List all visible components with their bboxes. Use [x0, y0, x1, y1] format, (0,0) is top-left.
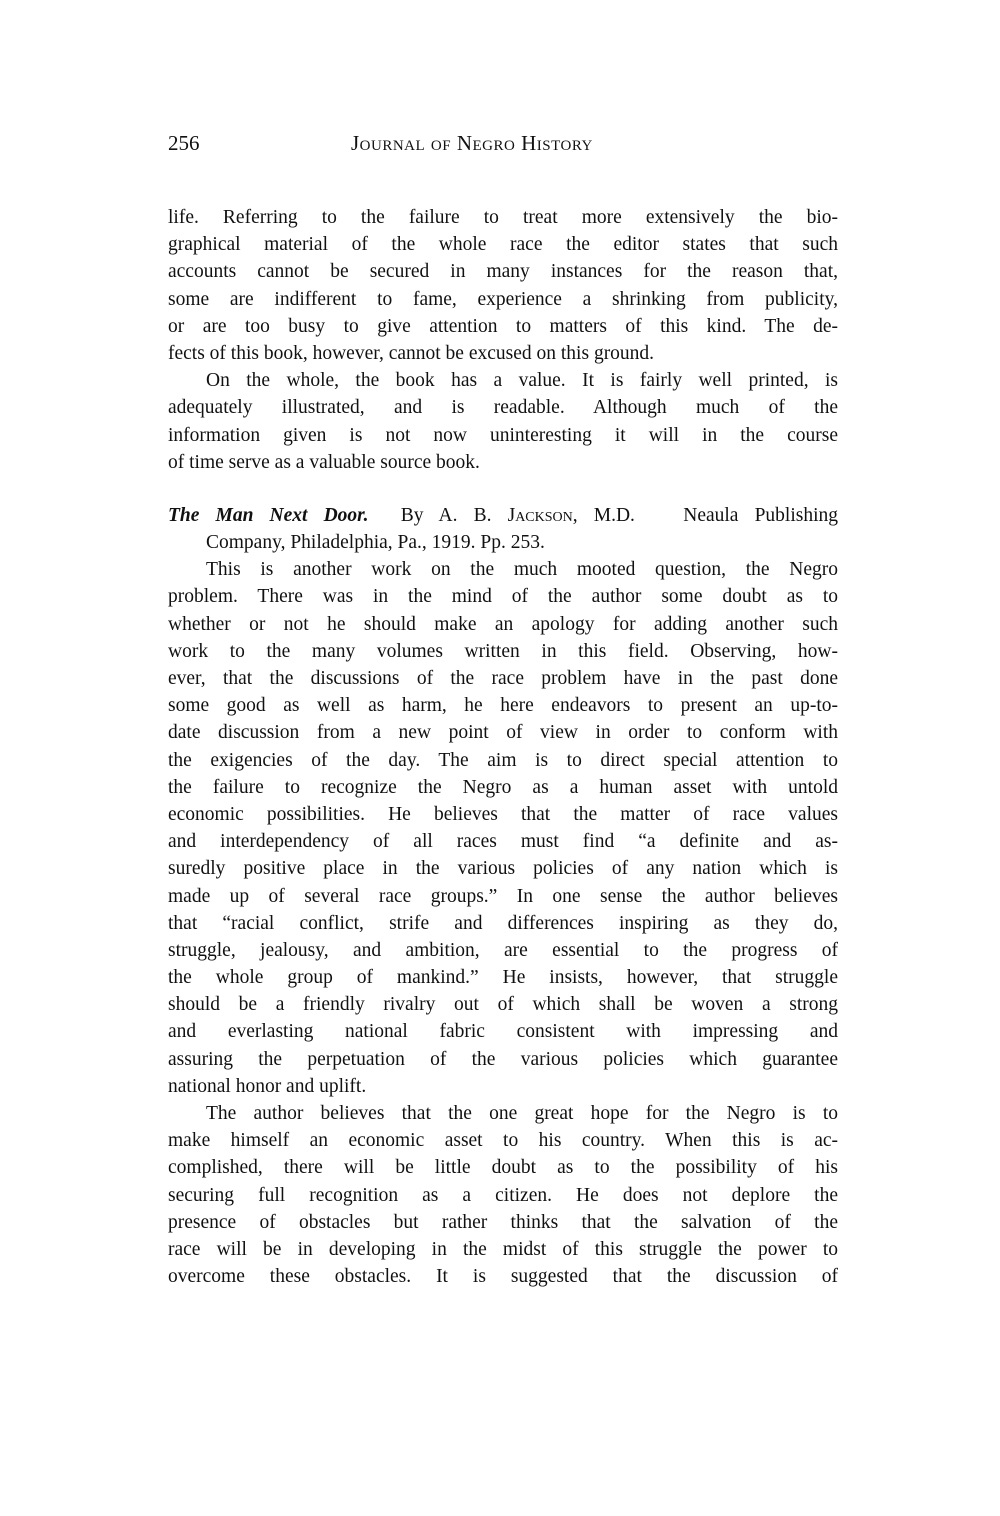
text-line: complished, there will be little doubt a… — [168, 1154, 838, 1181]
text-line: On the whole, the book has a value. It i… — [168, 367, 838, 394]
text-line: information given is not now uninteresti… — [168, 422, 838, 449]
text-line: The author believes that the one great h… — [168, 1100, 838, 1127]
continued-paragraph-1: life. Referring to the failure to treat … — [168, 204, 838, 367]
book-title: The Man Next Door. — [168, 505, 369, 526]
text-line: assuring the perpetuation of the various… — [168, 1046, 838, 1073]
text-line: accounts cannot be secured in many insta… — [168, 258, 838, 285]
text-line: some good as well as harm, he here endea… — [168, 692, 838, 719]
text-line: presence of obstacles but rather thinks … — [168, 1209, 838, 1236]
text-line: suredly positive place in the various po… — [168, 855, 838, 882]
page-body: life. Referring to the failure to treat … — [168, 204, 838, 1290]
text-line: whether or not he should make an apology… — [168, 611, 838, 638]
text-line: some are indifferent to fame, experience… — [168, 286, 838, 313]
text-line: national honor and uplift. — [168, 1073, 838, 1100]
citation-line-1: The Man Next Door. By A. B. Jackson, M.D… — [168, 502, 838, 529]
text-line: that “racial conflict, strife and differ… — [168, 910, 838, 937]
text-line: fects of this book, however, cannot be e… — [168, 340, 838, 367]
review-paragraph-1: This is another work on the much mooted … — [168, 556, 838, 1100]
text-line: the exigencies of the day. The aim is to… — [168, 747, 838, 774]
document-page: 256 Journal of Negro History life. Refer… — [168, 128, 838, 158]
text-line: should be a friendly rivalry out of whic… — [168, 991, 838, 1018]
text-line: the whole group of mankind.” He insists,… — [168, 964, 838, 991]
text-line: struggle, jealousy, and ambition, are es… — [168, 937, 838, 964]
text-line: securing full recognition as a citizen. … — [168, 1182, 838, 1209]
text-line: overcome these obstacles. It is suggeste… — [168, 1263, 838, 1290]
text-line: work to the many volumes written in this… — [168, 638, 838, 665]
text-line: made up of several race groups.” In one … — [168, 883, 838, 910]
journal-title: Journal of Negro History — [351, 128, 593, 158]
text-line: economic possibilities. He believes that… — [168, 801, 838, 828]
author-surname: Jackson — [508, 505, 573, 526]
text-line: race will be in developing in the midst … — [168, 1236, 838, 1263]
continued-paragraph-2: On the whole, the book has a value. It i… — [168, 367, 838, 476]
review-citation: The Man Next Door. By A. B. Jackson, M.D… — [168, 502, 838, 556]
text-line: or are too busy to give attention to mat… — [168, 313, 838, 340]
text-line: the failure to recognize the Negro as a … — [168, 774, 838, 801]
text-line: graphical material of the whole race the… — [168, 231, 838, 258]
review-paragraph-2: The author believes that the one great h… — [168, 1100, 838, 1290]
publisher: Neaula Publishing — [683, 505, 838, 526]
section-gap — [168, 476, 838, 502]
text-line: make himself an economic asset to his co… — [168, 1127, 838, 1154]
text-line: life. Referring to the failure to treat … — [168, 204, 838, 231]
text-line: This is another work on the much mooted … — [168, 556, 838, 583]
text-line: problem. There was in the mind of the au… — [168, 583, 838, 610]
page-number: 256 — [168, 128, 200, 158]
text-line: and everlasting national fabric consiste… — [168, 1018, 838, 1045]
author-credential: , M.D. — [573, 505, 635, 526]
text-line: and interdependency of all races must fi… — [168, 828, 838, 855]
text-line: adequately illustrated, and is readable.… — [168, 394, 838, 421]
citation-line-2: Company, Philadelphia, Pa., 1919. Pp. 25… — [168, 529, 838, 556]
running-head: 256 Journal of Negro History — [168, 128, 838, 158]
text-line: of time serve as a valuable source book. — [168, 449, 838, 476]
text-line: date discussion from a new point of view… — [168, 719, 838, 746]
citation-by: By A. B. — [401, 505, 492, 526]
text-line: ever, that the discussions of the race p… — [168, 665, 838, 692]
